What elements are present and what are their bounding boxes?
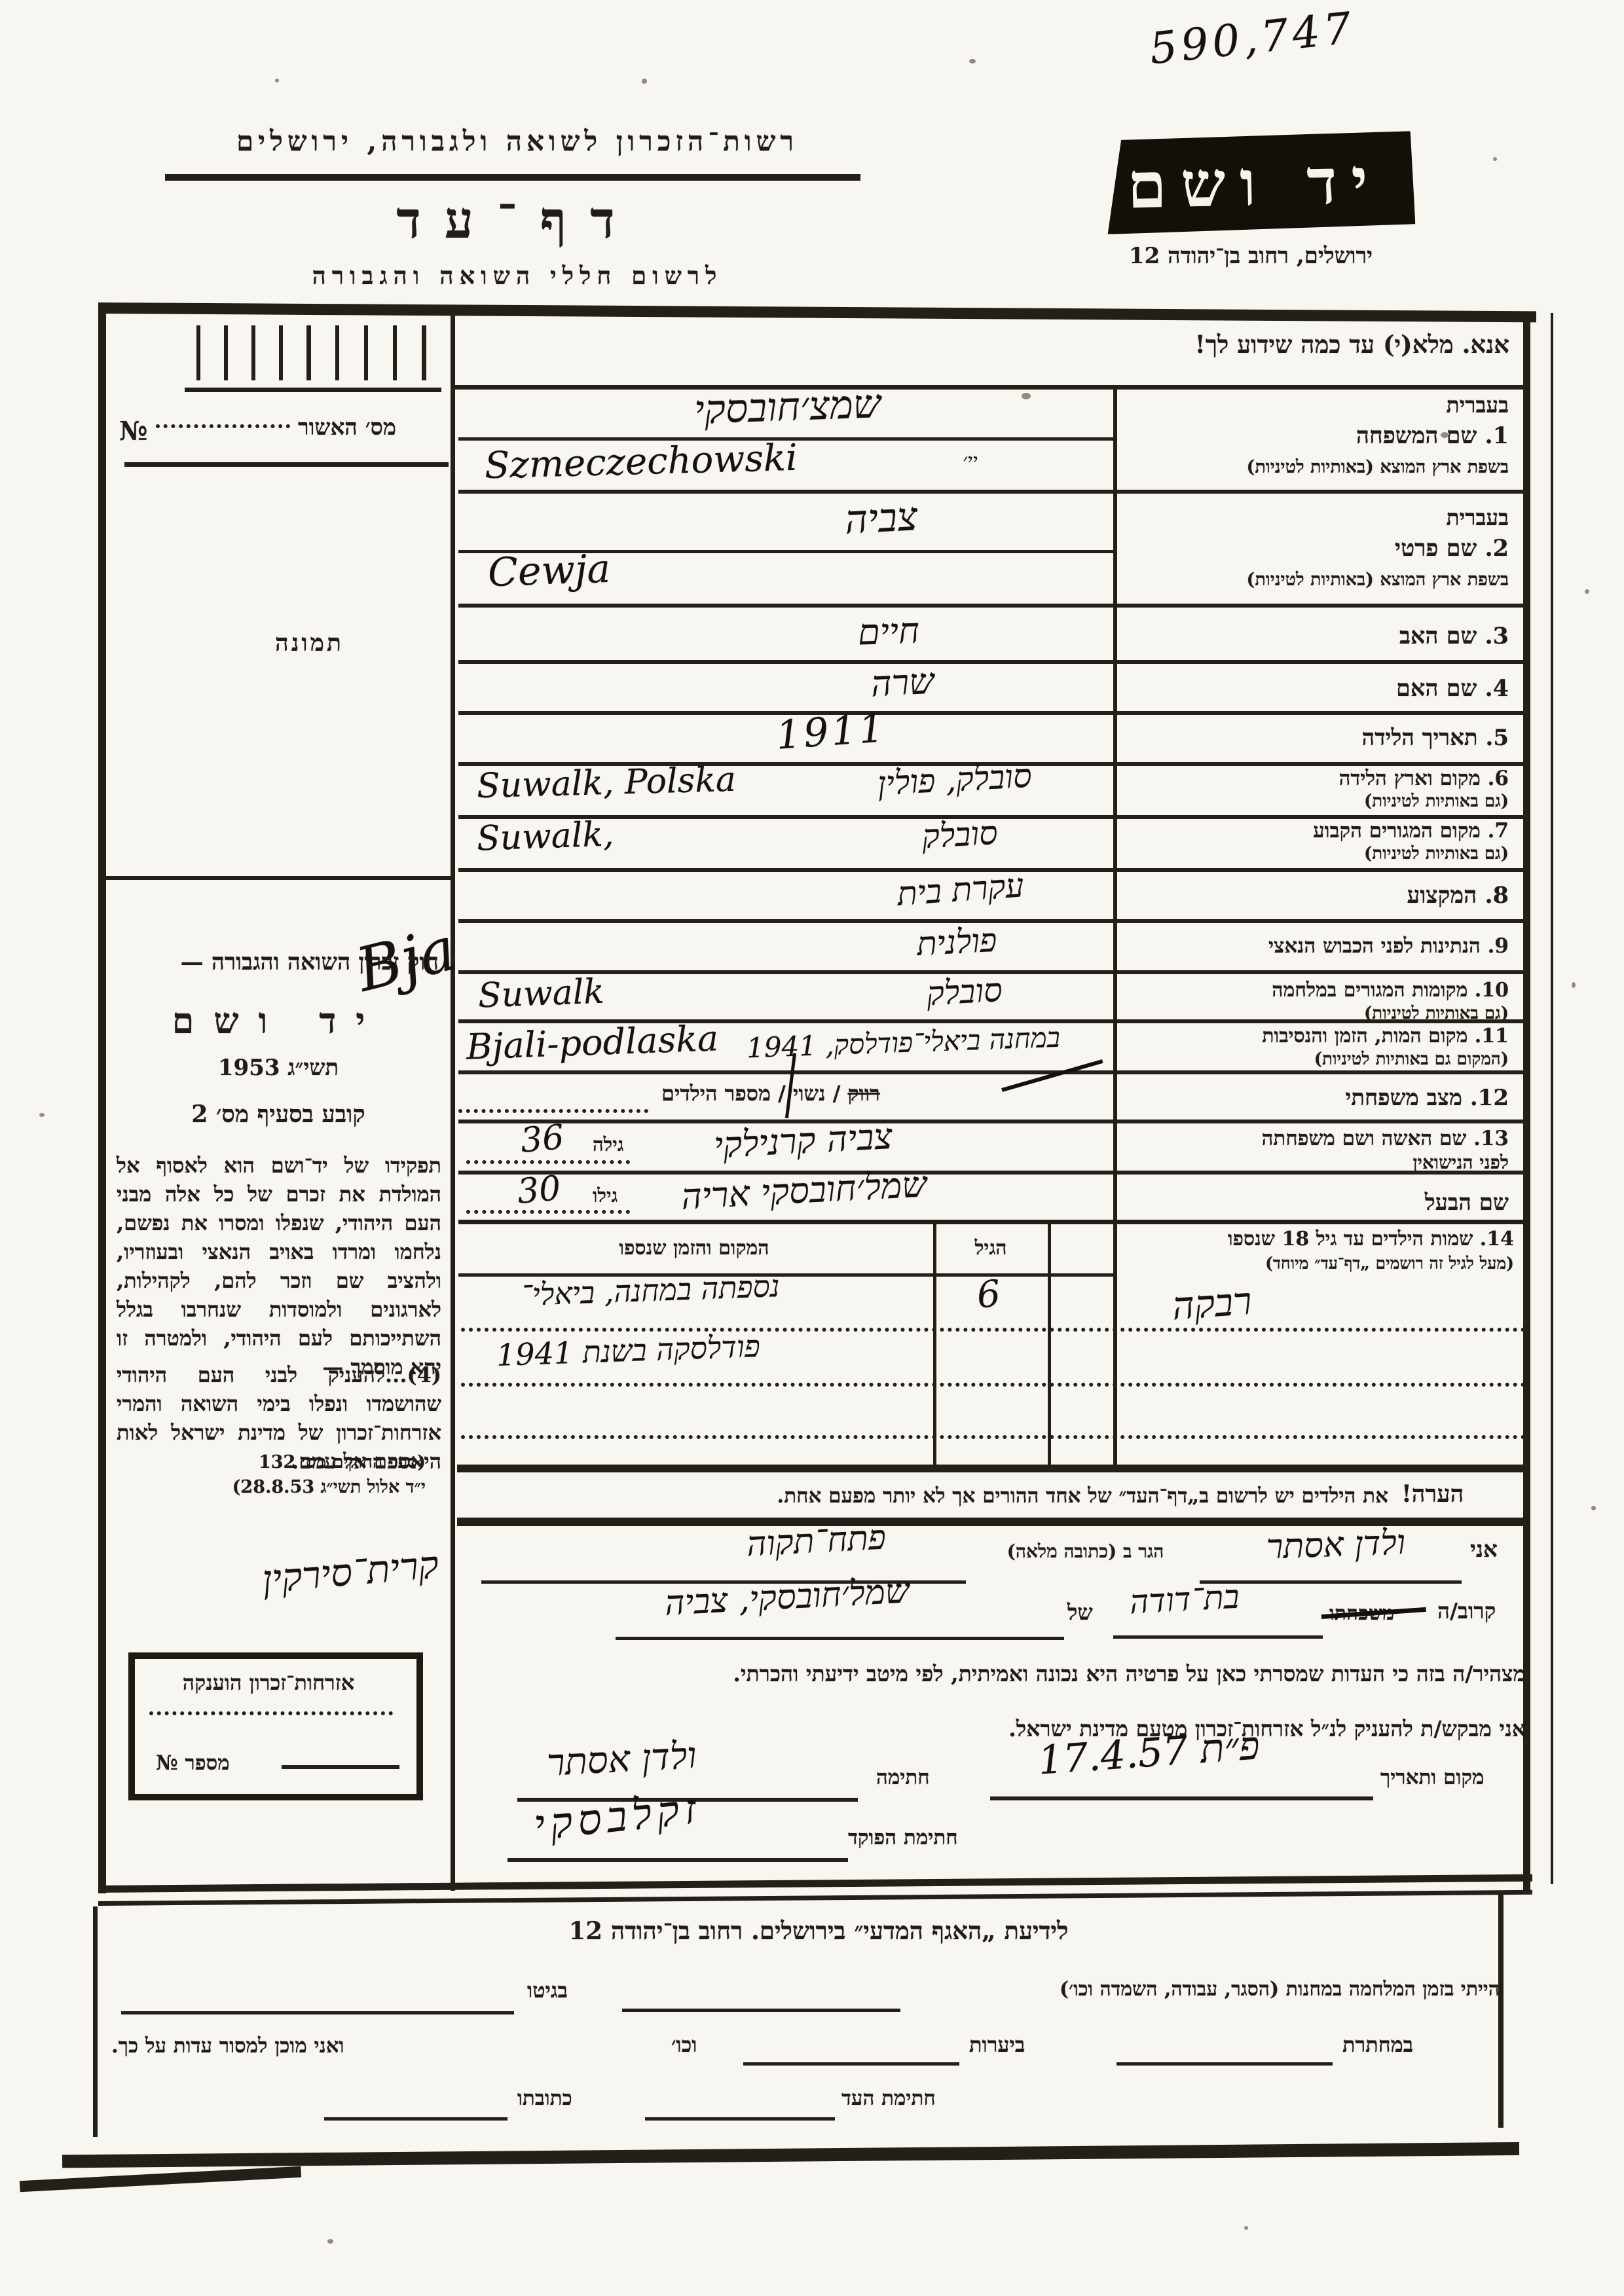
wife-age-value: 36 (519, 1120, 565, 1158)
comb-tick (393, 325, 397, 380)
law-name: יד ושם (118, 1000, 439, 1041)
registrar-signature-label: חתימת הפוקד (848, 1827, 958, 1850)
photo-label: תמונה (275, 630, 344, 657)
birth-date-value: 1911 (775, 708, 887, 756)
main-box-left-border (98, 302, 106, 1893)
comb-tick (279, 325, 283, 380)
field6-title: 6. מקום וארץ הלידה (1121, 767, 1509, 791)
marital-status-options: רווק / נשוי / מספר הילדים (661, 1082, 880, 1106)
scan-noise (642, 79, 647, 84)
field10-title: 10. מקומות המגורים במלחמה (1121, 979, 1509, 1002)
row4-separator (458, 711, 1527, 715)
stray-ink-mark: יי׳ (963, 452, 978, 471)
camps-label: הייתי בזמן המלחמה במחנות (הסגר, עבודה, ה… (910, 1978, 1500, 2001)
husband-age-value: 30 (516, 1171, 562, 1209)
wartime-residence-hebrew-value: סובלק (926, 974, 1003, 1010)
registrar-signature-value: זקלבסקי (532, 1788, 703, 1847)
yad-vashem-logo: יד ושם (1106, 131, 1416, 234)
scan-noise (1585, 589, 1589, 594)
field13-title: 13. שם האשה ושם משפחתה (1121, 1127, 1509, 1151)
profession-value: עקרת בית (896, 869, 1025, 910)
field1-lang-label: בעברית (1121, 393, 1509, 418)
registrar-signature-line (507, 1858, 848, 1862)
children-row-line-3 (461, 1435, 1526, 1439)
main-box-bottom-bar-1 (98, 1874, 1532, 1893)
marital-option-struck: רווק (848, 1081, 880, 1106)
note-text: את הילדים יש לרשום ב„דף־העד״ של אחד ההור… (468, 1485, 1388, 1508)
declarant-name-value: ולדן אסתר (1208, 1523, 1464, 1567)
row13-separator (458, 1171, 1527, 1175)
scan-noise (1022, 393, 1031, 399)
ghetto-label: בגיטו (527, 1978, 568, 2003)
citizenship-number-line (282, 1765, 399, 1769)
of-label: של (1067, 1600, 1093, 1625)
row1-separator (458, 490, 1527, 494)
bottom-box-left-border (93, 1906, 98, 2137)
husband-title: שם הבעל (1121, 1190, 1509, 1216)
form-subtitle: לרשום חללי השואה והגבורה (275, 262, 760, 290)
relation-line (1113, 1635, 1323, 1639)
instruction-underline (454, 385, 1530, 390)
etc-label: וכו׳ (671, 2033, 697, 2057)
camps-line (622, 2009, 900, 2012)
handwritten-doc-number: 590,747 (1147, 7, 1357, 71)
form-title: דף־עד (354, 191, 681, 250)
main-box-top-border (98, 302, 1536, 322)
relation-value: בת־דודה (1129, 1580, 1240, 1619)
authority-title: רשות־הזכרון לשואה ולגבורה, ירושלים (183, 126, 851, 157)
citizenship-box-dotted-line (149, 1711, 393, 1715)
declarant-i-label: אני (1470, 1537, 1498, 1563)
field8-title: 8. המקצוע (1121, 883, 1509, 909)
ghetto-line (121, 2011, 514, 2014)
approval-number-dotted-line (156, 424, 290, 428)
scan-noise (275, 79, 279, 82)
fill-instruction: אנא. מלא(י) עד כמה שידוע לך! (1133, 331, 1509, 359)
victim-name-line (616, 1637, 1064, 1640)
field14-title: 14. שמות הילדים עד גיל 18 שנספו (1121, 1228, 1514, 1251)
husband-age-label: גילו (593, 1185, 618, 1207)
children-place-header: המקום והזמן שנספו (485, 1237, 904, 1260)
scan-noise (1591, 1506, 1596, 1510)
row2-separator (458, 604, 1527, 608)
underground-line (1116, 2062, 1333, 2066)
first-name-latin-value: Cewja (487, 549, 611, 592)
wife-age-dotted-line (466, 1160, 630, 1164)
child-place-line2: פודלסקה בשנת 1941 (496, 1331, 760, 1370)
father-name-value: חיים (857, 613, 920, 650)
comb-tick (364, 325, 368, 380)
citizenship-value: פולנית (916, 924, 998, 960)
main-box-bottom-bar-2 (98, 1890, 1532, 1906)
field7-subtitle: (גם באותיות לטיניות) (1121, 845, 1509, 864)
children-row-line-2 (461, 1383, 1526, 1387)
residence-latin-value: Suwalk, (476, 817, 614, 856)
note-top-bar (457, 1465, 1527, 1472)
place-date-label: מקום ותאריך (1380, 1766, 1484, 1790)
yad-vashem-logo-text: יד ושם (1126, 143, 1394, 223)
field11-subtitle: (המקום גם באותיות לטיניות) (1121, 1050, 1509, 1070)
declaration-statement: מצהיר/ה בזה כי העדות שמסרתי כאן על פרטיה… (475, 1662, 1526, 1686)
photo-box-bottom-line (103, 876, 453, 880)
wife-name-value: צביה קרנילקי (713, 1119, 893, 1163)
wartime-residence-latin-value: Suwalk (477, 975, 604, 1013)
children-row-line-1 (461, 1328, 1526, 1332)
row12-separator (458, 1120, 1527, 1123)
witness-signature-bottom-label: חתימת העד (841, 2087, 936, 2111)
citizenship-number-label: מספר № (156, 1752, 230, 1776)
marital-options-rest: / נשוי / מספר הילדים (661, 1081, 848, 1106)
relative-label: קרוב/ה (1437, 1599, 1496, 1624)
page-bottom-bar-blob (20, 2166, 301, 2192)
comb-tick (306, 325, 311, 380)
row11-separator (458, 1070, 1527, 1074)
declarant-name-line (1200, 1580, 1462, 1584)
scan-noise (1441, 432, 1449, 438)
field7-title: 7. מקום המגורים הקבוע (1121, 820, 1509, 843)
header-address: ירושלים, רחוב בן־יהודה 12 (1022, 244, 1480, 269)
field4-title: 4. שם האם (1121, 676, 1509, 702)
children-table-vline-2 (1048, 1224, 1051, 1465)
declarant-address-value: פתח־תקוה (746, 1520, 887, 1561)
forests-label: ביערות (969, 2033, 1025, 2057)
scan-noise (1244, 2226, 1248, 2230)
page-bottom-bar (62, 2142, 1519, 2168)
field2-lang-label: בעברית (1121, 505, 1509, 530)
scan-noise (1493, 157, 1497, 161)
approval-number-label: מס׳ האשור (298, 415, 396, 441)
field5-title: 5. תאריך הלידה (1121, 725, 1509, 751)
forests-line (743, 2062, 959, 2066)
birth-place-latin-value: Suwalk, Polska (476, 763, 736, 803)
field9-title: 9. הנתינות לפני הכבוש הנאצי (1121, 935, 1509, 958)
address-full-label: הגר ב (כתובה מלאה) (976, 1541, 1195, 1562)
birth-place-hebrew-value: סובלק, פולין (877, 759, 1033, 800)
witness-signature-value: ולדן אסתר (546, 1738, 697, 1782)
field6-subtitle: (גם באותיות לטיניות) (1121, 792, 1509, 812)
children-age-header: הגיל (936, 1237, 1045, 1260)
testify-statement: ואני מוכן למסור עדות על כך. (111, 2035, 344, 2058)
scan-noise (969, 59, 976, 64)
photo-column-divider (451, 308, 455, 1891)
family-name-hebrew-value: שמצ׳חובסקי (693, 384, 881, 430)
law-title: חוק זכרון השואה והגבורה — (118, 949, 439, 975)
mother-name-value: שרה (870, 664, 935, 702)
place-date-line (990, 1796, 1373, 1800)
main-box-right-border (1523, 312, 1530, 1891)
marital-dotted-line (458, 1109, 648, 1113)
husband-name-value: שמל׳חובסקי אריה (680, 1167, 928, 1215)
citizenship-box-title: אזרחות־זכרון הוענקה (138, 1671, 399, 1695)
law-source-line2: י״ד אלול תשי״ג 28.8.53) (118, 1477, 426, 1497)
comb-tick (422, 325, 426, 380)
wife-age-label: גילה (593, 1134, 623, 1156)
witness-address-line (324, 2117, 507, 2121)
signature-label: חתימה (876, 1766, 930, 1790)
law-source-line1: (ספר החוקים מס׳ 132 (118, 1452, 426, 1472)
field1-subtitle: בשפת ארץ המוצא (באותיות לטיניות) (1121, 457, 1509, 477)
comb-tick (335, 325, 339, 380)
children-table-vline-1 (933, 1224, 936, 1465)
field12-title: 12. מצב משפחתי (1121, 1085, 1509, 1111)
comb-baseline (185, 388, 441, 392)
comb-tick (224, 325, 228, 380)
pen-stroke (1001, 1059, 1103, 1092)
bottom-section-title: לידיעת „האגף המדעי״ בירושלים. רחוב בן־יה… (452, 1917, 1185, 1945)
field1-title: 1. שם המשפחה (1121, 423, 1509, 449)
declarant-address-overflow: קרית־סירקין (261, 1545, 440, 1598)
approval-number-symbol: № (119, 416, 147, 446)
labels-divider (1113, 388, 1117, 1465)
child-place-line1: נספתה במחנה, ביאלי־ (520, 1271, 780, 1310)
authority-underline (165, 174, 860, 181)
scan-noise (39, 1113, 45, 1117)
child-age-value: 6 (976, 1276, 1002, 1315)
law-body: תפקידו של יד־ושם הוא לאסוף אל המולדת את … (117, 1151, 441, 1381)
scan-noise (327, 2239, 333, 2244)
main-box-right-border-outer (1551, 313, 1553, 1884)
residence-hebrew-value: סובלק (921, 816, 999, 853)
first-name-hebrew-value: צביה (844, 497, 919, 540)
field3-title: 3. שם האב (1121, 623, 1509, 649)
family-name-latin-value: Szmeczechowski (484, 440, 798, 484)
note-label: הערה! (1401, 1481, 1464, 1508)
comb-tick (251, 325, 255, 380)
law-year: תשי״ג 1953 (118, 1055, 439, 1081)
scanned-testimony-page: 590,747 רשות־הזכרון לשואה ולגבורה, ירושל… (0, 0, 1624, 2296)
law-clause-line: קובע בסעיף מס׳ 2 (118, 1101, 439, 1128)
field14-subtitle: (מעל לגיל זה רושמים „דף־עד״ מיוחד) (1121, 1254, 1514, 1273)
row-husband-separator (458, 1220, 1527, 1224)
field2-title: 2. שם פרטי (1121, 536, 1509, 562)
approval-underline (124, 462, 449, 467)
death-place-latin-value: Bjali-podlaska (466, 1021, 719, 1065)
witness-address-label: כתובתו (517, 2087, 572, 2111)
row3-separator (458, 660, 1527, 664)
husband-age-dotted-line (466, 1210, 630, 1214)
bottom-box-right-border (1498, 1891, 1504, 2128)
underground-label: במחתרת (1342, 2033, 1413, 2057)
witness-signature-bottom-line (645, 2117, 835, 2121)
comb-tick (196, 325, 200, 380)
child-name-value: רבקה (1171, 1282, 1253, 1325)
scan-noise (1572, 982, 1576, 988)
field2-subtitle: בשפת ארץ המוצא (באותיות לטיניות) (1121, 570, 1509, 590)
field11-title: 11. מקום המות, הזמן והנסיבות (1121, 1025, 1509, 1048)
